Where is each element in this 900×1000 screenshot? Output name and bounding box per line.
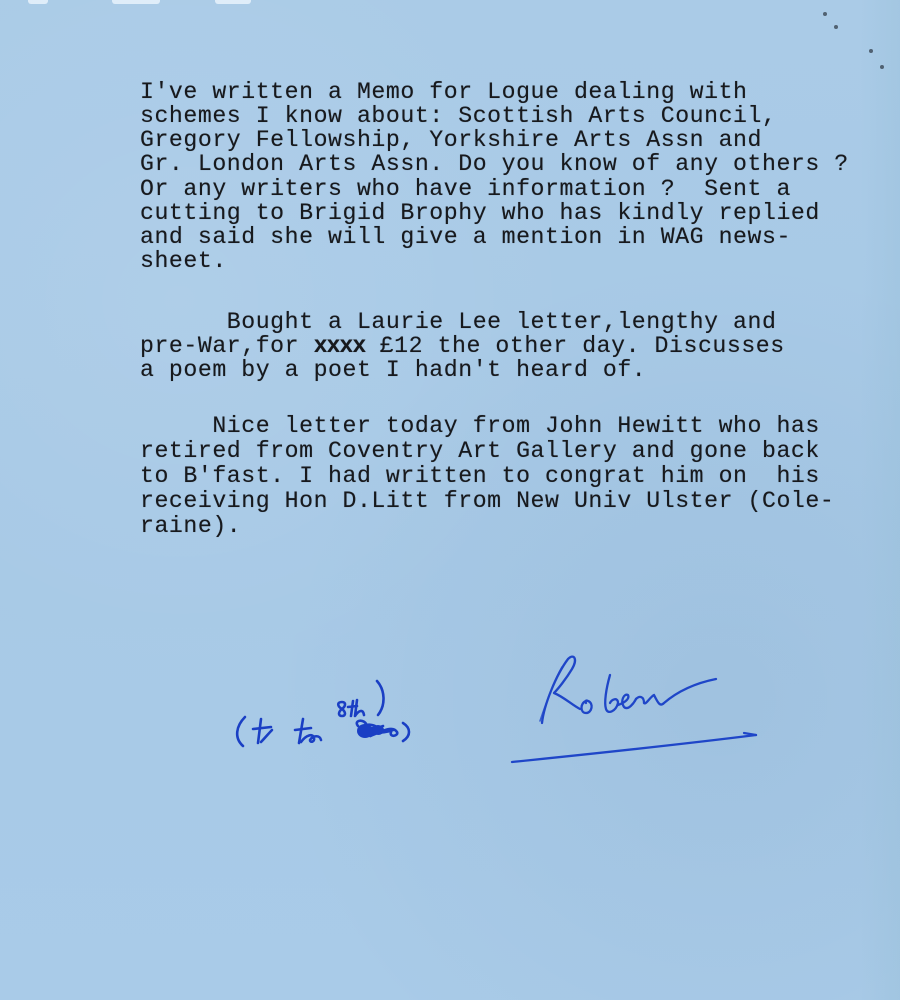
text-line: cutting to Brigid Brophy who has kindly …: [140, 201, 820, 225]
paper-speck: [823, 12, 827, 16]
text-fragment: pre-War,for: [140, 333, 314, 359]
text-line: sheet.: [140, 249, 227, 273]
text-line: and said she will give a mention in WAG …: [140, 225, 791, 249]
text-line: a poem by a poet I hadn't heard of.: [140, 358, 646, 382]
handwritten-signature: [500, 645, 780, 770]
text-line: retired from Coventry Art Gallery and go…: [140, 439, 820, 463]
text-line: raine).: [140, 514, 241, 538]
text-line: receiving Hon D.Litt from New Univ Ulste…: [140, 489, 834, 513]
struck-out-text: xxxx: [314, 333, 366, 359]
text-line: to B'fast. I had written to congrat him …: [140, 464, 820, 488]
text-line: Bought a Laurie Lee letter,lengthy and: [140, 310, 776, 334]
paper-speck: [834, 25, 838, 29]
paper-top-mark: [112, 0, 160, 4]
paper-edge-shadow: [860, 0, 900, 1000]
paper-top-mark: [28, 0, 48, 4]
text-line: pre-War,for xxxx £12 the other day. Disc…: [140, 334, 785, 358]
letter-page: I've written a Memo for Logue dealing wi…: [0, 0, 900, 1000]
text-line: schemes I know about: Scottish Arts Coun…: [140, 104, 776, 128]
text-line: Or any writers who have information ? Se…: [140, 177, 791, 201]
text-fragment: £12 the other day. Discusses: [365, 333, 784, 359]
paper-top-mark: [215, 0, 251, 4]
text-line: I've written a Memo for Logue dealing wi…: [140, 80, 748, 104]
text-line: Gregory Fellowship, Yorkshire Arts Assn …: [140, 128, 762, 152]
text-line: Nice letter today from John Hewitt who h…: [140, 414, 820, 438]
text-line: Gr. London Arts Assn. Do you know of any…: [140, 152, 849, 176]
paper-speck: [869, 49, 873, 53]
paper-speck: [880, 65, 884, 69]
handwritten-date-note: [225, 660, 425, 750]
